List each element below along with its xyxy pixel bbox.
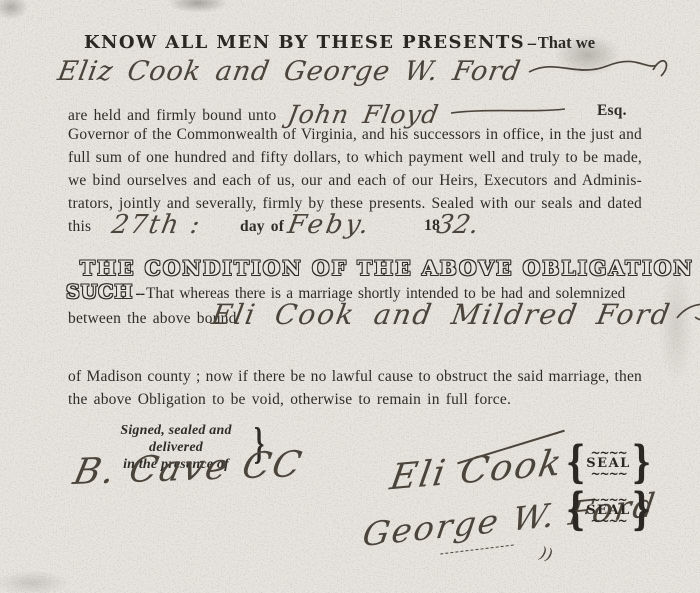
seal-left-brace: { bbox=[566, 442, 585, 486]
seal-stamp-2: { ~~~~ SEAL ~~~~ } bbox=[566, 496, 651, 526]
year-handwritten: 32. bbox=[434, 210, 481, 240]
obligation-line-1: Governor of the Commonwealth of Virginia… bbox=[68, 126, 642, 144]
condition-heading: THE CONDITION OF THE ABOVE OBLIGATION IS bbox=[80, 256, 700, 280]
seal-bottom-squiggle: ~~~~ bbox=[590, 471, 626, 478]
this-label: this bbox=[68, 218, 91, 236]
seal-right-brace: } bbox=[632, 489, 651, 533]
pen-underline bbox=[440, 544, 514, 554]
seal-right-brace: } bbox=[632, 442, 651, 486]
bound-unto-line: are held and firmly bound unto John Floy… bbox=[68, 100, 569, 129]
seal-bottom-squiggle: ~~~~ bbox=[590, 518, 626, 525]
obligation-line-2: full sum of one hundred and fifty dollar… bbox=[68, 149, 642, 167]
date-line: this 27th : day of Feby. 18 32. bbox=[0, 210, 700, 252]
bound-unto-text: are held and firmly bound unto bbox=[68, 107, 276, 124]
signature-eli-cook: Eli Cook bbox=[387, 443, 566, 499]
handwritten-couple-names: Eli Cook and Mildred Ford bbox=[212, 298, 700, 331]
closing-line-1: of Madison county ; now if there be no l… bbox=[68, 368, 642, 386]
scan-smudge bbox=[158, 0, 238, 16]
such-display-text: SUCH bbox=[66, 281, 133, 303]
obligation-line-3: we bind ourselves and each of us, our an… bbox=[68, 172, 642, 190]
pen-flourish bbox=[525, 52, 675, 86]
day-handwritten: 27th : bbox=[109, 210, 204, 240]
seal-left-brace: { bbox=[566, 489, 585, 533]
such-dash: -- bbox=[135, 285, 144, 302]
pen-dash-line bbox=[449, 104, 569, 118]
handwritten-principal-names: Eliz Cook and George W. Ford bbox=[58, 52, 675, 87]
scan-smudge bbox=[0, 566, 82, 593]
seal-stamp-1: { ~~~~ SEAL ~~~~ } bbox=[566, 449, 651, 479]
signature-paraph-mark: )) bbox=[538, 543, 555, 564]
day-of-label: day of bbox=[240, 218, 284, 236]
principal-names-text: Eliz Cook and George W. Ford bbox=[55, 56, 523, 87]
headline-that-we: That we bbox=[538, 33, 595, 52]
document-headline: KNOW ALL MEN BY THESE PRESENTS--That we bbox=[84, 32, 595, 53]
witness-signature: B. Cave CC bbox=[70, 444, 307, 493]
esquire-label: Esq. bbox=[597, 102, 627, 120]
couple-names-text: Eli Cook and Mildred Ford bbox=[209, 298, 674, 331]
headline-display-text: KNOW ALL MEN BY THESE PRESENTS bbox=[84, 32, 525, 53]
scan-smudge bbox=[0, 0, 34, 24]
obligee-name-handwritten: John Floyd bbox=[286, 100, 442, 129]
month-handwritten: Feby. bbox=[285, 210, 373, 240]
headline-dash: -- bbox=[527, 35, 536, 52]
closing-line-2: the above Obligation to be void, otherwi… bbox=[68, 391, 511, 409]
scanned-marriage-bond-document: KNOW ALL MEN BY THESE PRESENTS--That we … bbox=[0, 0, 700, 593]
pen-flourish bbox=[675, 298, 700, 328]
